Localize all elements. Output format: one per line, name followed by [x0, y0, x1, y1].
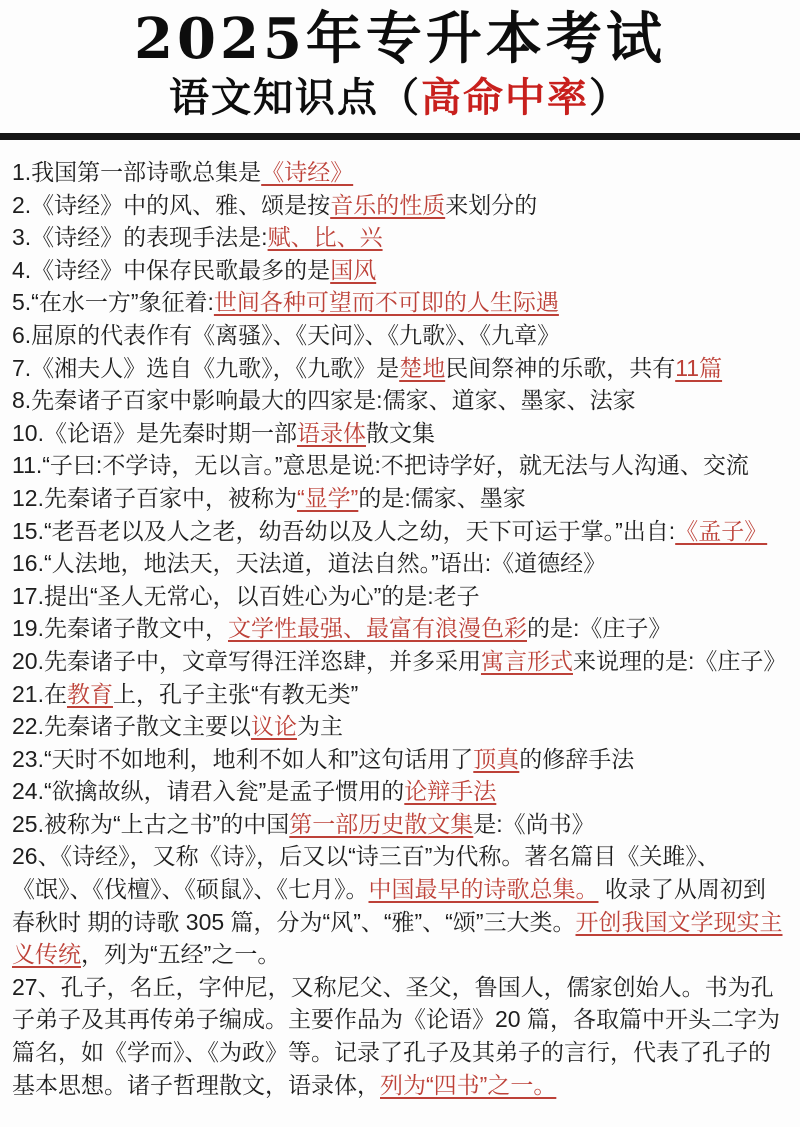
item-highlight-segment: “显学” — [297, 485, 358, 511]
item-highlight-segment: 列为“四书”之一。 — [380, 1072, 556, 1098]
list-item: 25.被称为“上古之书”的中国第一部历史散文集是:《尚书》 — [12, 808, 788, 841]
item-text-segment: 23.“天时不如地利，地利不如人和”这句话用了 — [12, 746, 473, 772]
list-item: 22.先秦诸子散文主要以议论为主 — [12, 710, 788, 743]
item-text-segment: 6.屈原的代表作有《离骚》、《天问》、《九歌》、《九章》 — [12, 322, 560, 348]
item-highlight-segment: 世间各种可望而不可即的人生际遇 — [214, 289, 559, 315]
list-item: 19.先秦诸子散文中，文学性最强、最富有浪漫色彩的是:《庄子》 — [12, 612, 788, 645]
item-text-segment: 4.《诗经》中保存民歌最多的是 — [12, 257, 330, 283]
item-text-segment: 17.提出“圣人无常心，以百姓心为心”的是:老子 — [12, 583, 480, 609]
item-text-segment: 1.我国第一部诗歌总集是 — [12, 159, 261, 185]
list-item: 1.我国第一部诗歌总集是《诗经》 — [12, 156, 788, 189]
item-text-segment: 来说理的是:《庄子》 — [573, 648, 786, 674]
page-root: 2025年专升本考试 语文知识点（高命中率） 1.我国第一部诗歌总集是《诗经》2… — [0, 0, 800, 1101]
item-text-segment: 3.《诗经》的表现手法是: — [12, 224, 268, 250]
item-text-segment: ，列为“五经”之一。 — [81, 941, 280, 967]
list-item: 5.“在水一方”象征着:世间各种可望而不可即的人生际遇 — [12, 286, 788, 319]
list-item: 4.《诗经》中保存民歌最多的是国风 — [12, 254, 788, 287]
item-highlight-segment: 国风 — [330, 257, 376, 283]
item-text-segment: 10.《论语》是先秦时期一部 — [12, 420, 297, 446]
item-text-segment: 散文集 — [366, 420, 435, 446]
list-item: 17.提出“圣人无常心，以百姓心为心”的是:老子 — [12, 580, 788, 613]
list-item: 3.《诗经》的表现手法是:赋、比、兴 — [12, 221, 788, 254]
item-text-segment: 来划分的 — [445, 192, 537, 218]
item-highlight-segment: 《诗经》 — [261, 159, 353, 185]
item-highlight-segment: 文学性最强、最富有浪漫色彩 — [228, 615, 527, 641]
list-item: 21.在教育上，孔子主张“有教无类” — [12, 678, 788, 711]
item-text-segment: 24.“欲擒故纵，请君入瓮”是孟子惯用的 — [12, 778, 404, 804]
item-text-segment: 的是:儒家、墨家 — [358, 485, 525, 511]
item-text-segment: 上，孔子主张“有教无类” — [113, 681, 358, 707]
title-line-1: 2025年专升本考试 — [0, 6, 800, 72]
list-item: 2.《诗经》中的风、雅、颂是按音乐的性质来划分的 — [12, 189, 788, 222]
item-highlight-segment: 中国最早的诗歌总集。 — [369, 876, 599, 902]
item-text-segment: 11.“子曰:不学诗，无以言。”意思是说:不把诗学好，就无法与人沟通、交流 — [12, 452, 749, 478]
item-text-segment: 8.先秦诸子百家中影响最大的四家是:儒家、道家、墨家、法家 — [12, 387, 636, 413]
list-item: 11.“子曰:不学诗，无以言。”意思是说:不把诗学好，就无法与人沟通、交流 — [12, 449, 788, 482]
item-text-segment: 是:《尚书》 — [473, 811, 594, 837]
list-item: 15.“老吾老以及人之老，幼吾幼以及人之幼，天下可运于掌。”出自:《孟子》 — [12, 515, 788, 548]
list-item: 16.“人法地，地法天，天法道，道法自然。”语出:《道德经》 — [12, 547, 788, 580]
list-item: 10.《论语》是先秦时期一部语录体散文集 — [12, 417, 788, 450]
item-highlight-segment: 第一部历史散文集 — [289, 811, 473, 837]
item-highlight-segment: 议论 — [251, 713, 297, 739]
item-highlight-segment: 语录体 — [297, 420, 366, 446]
item-text-segment: 的修辞手法 — [519, 746, 634, 772]
item-highlight-segment: 教育 — [67, 681, 113, 707]
list-item: 23.“天时不如地利，地利不如人和”这句话用了顶真的修辞手法 — [12, 743, 788, 776]
list-item: 12.先秦诸子百家中，被称为“显学”的是:儒家、墨家 — [12, 482, 788, 515]
item-highlight-segment: 论辩手法 — [404, 778, 496, 804]
item-text-segment: 12.先秦诸子百家中，被称为 — [12, 485, 297, 511]
title-line-2-suffix: ） — [589, 74, 631, 121]
items-list: 1.我国第一部诗歌总集是《诗经》2.《诗经》中的风、雅、颂是按音乐的性质来划分的… — [0, 140, 800, 1101]
item-text-segment: 25.被称为“上古之书”的中国 — [12, 811, 289, 837]
list-item: 8.先秦诸子百家中影响最大的四家是:儒家、道家、墨家、法家 — [12, 384, 788, 417]
item-text-segment: 为主 — [297, 713, 343, 739]
item-text-segment: 20.先秦诸子中，文章写得汪洋恣肆，并多采用 — [12, 648, 481, 674]
list-item: 6.屈原的代表作有《离骚》、《天问》、《九歌》、《九章》 — [12, 319, 788, 352]
item-text-segment: 7.《湘夫人》选自《九歌》，《九歌》是 — [12, 355, 399, 381]
item-text-segment: 的是:《庄子》 — [527, 615, 671, 641]
list-item: 7.《湘夫人》选自《九歌》，《九歌》是楚地民间祭神的乐歌，共有11篇 — [12, 352, 788, 385]
list-item: 27、孔子，名丘，字仲尼，又称尼父、圣父，鲁国人，儒家创始人。书为孔子弟子及其再… — [12, 971, 788, 1101]
item-text-segment: 19.先秦诸子散文中， — [12, 615, 228, 641]
item-highlight-segment: 11篇 — [675, 355, 722, 381]
item-text-segment: 16.“人法地，地法天，天法道，道法自然。”语出:《道德经》 — [12, 550, 606, 576]
item-text-segment: 5.“在水一方”象征着: — [12, 289, 214, 315]
item-text-segment: 22.先秦诸子散文主要以 — [12, 713, 251, 739]
title-accent-text: 高命中率 — [421, 74, 589, 121]
list-item: 26、《诗经》，又称《诗》，后又以“诗三百”为代称。著名篇目《关雎》、《氓》、《… — [12, 840, 788, 970]
page-title: 2025年专升本考试 语文知识点（高命中率） — [0, 6, 800, 122]
item-text-segment: 民间祭神的乐歌，共有 — [445, 355, 675, 381]
title-line-2-prefix: 语文知识点（ — [169, 74, 421, 121]
title-line-2: 语文知识点（高命中率） — [0, 74, 800, 122]
item-highlight-segment: 音乐的性质 — [330, 192, 445, 218]
item-text-segment: 15.“老吾老以及人之老，幼吾幼以及人之幼，天下可运于掌。”出自: — [12, 518, 675, 544]
item-text-segment: 2.《诗经》中的风、雅、颂是按 — [12, 192, 330, 218]
list-item: 20.先秦诸子中，文章写得汪洋恣肆，并多采用寓言形式来说理的是:《庄子》 — [12, 645, 788, 678]
item-highlight-segment: 《孟子》 — [675, 518, 767, 544]
item-highlight-segment: 赋、比、兴 — [268, 224, 383, 250]
list-item: 24.“欲擒故纵，请君入瓮”是孟子惯用的论辩手法 — [12, 775, 788, 808]
item-highlight-segment: 顶真 — [473, 746, 519, 772]
item-highlight-segment: 楚地 — [399, 355, 445, 381]
item-text-segment: 21.在 — [12, 681, 67, 707]
title-divider — [0, 133, 800, 140]
item-highlight-segment: 寓言形式 — [481, 648, 573, 674]
